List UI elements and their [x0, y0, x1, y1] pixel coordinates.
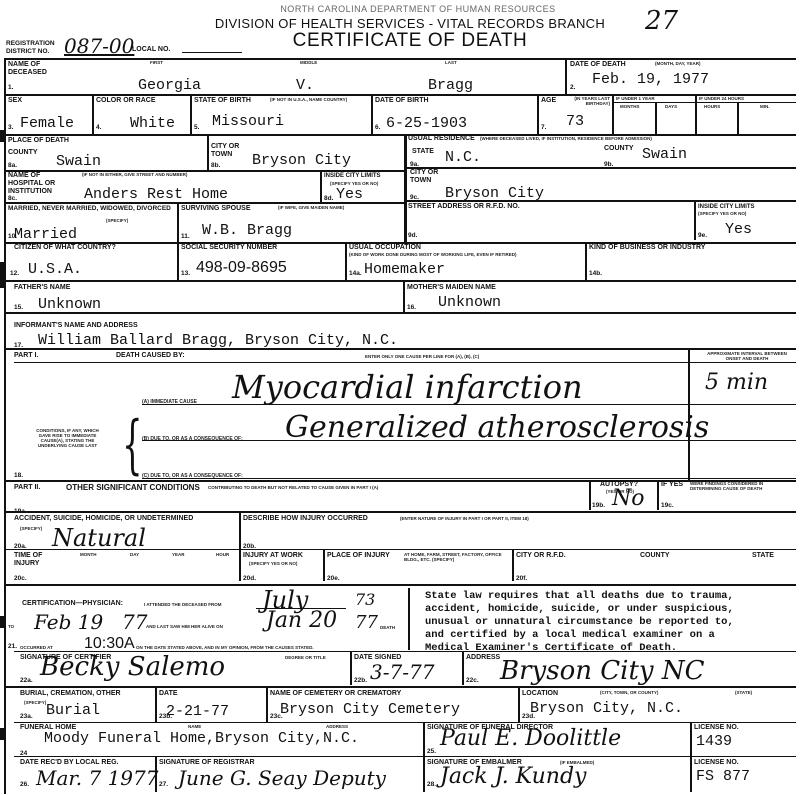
- first-label: FIRST: [150, 60, 163, 65]
- describe-injury-label: DESCRIBE HOW INJURY OCCURRED: [243, 515, 368, 523]
- death-city-field[interactable]: Bryson City: [252, 153, 351, 169]
- marital-label-line1: MARRIED, NEVER MARRIED, WIDOWED, DIVORCE…: [8, 205, 171, 213]
- race-field[interactable]: White: [130, 116, 175, 132]
- divider: [462, 651, 464, 685]
- autopsy-field[interactable]: No: [612, 486, 645, 511]
- to-label: TO: [8, 624, 14, 629]
- place-of-injury-sublabel: AT HOME, FARM, STREET, FACTORY, OFFICE B…: [404, 552, 512, 562]
- one-cause-instruction: ENTER ONLY ONE CAUSE PER LINE FOR (a), (…: [365, 354, 479, 359]
- form-border-left: [4, 58, 6, 794]
- divider: [589, 480, 591, 510]
- divider: [655, 103, 657, 134]
- item-number: 11.: [181, 233, 190, 240]
- divider: [155, 686, 157, 722]
- item-number: 28.: [427, 781, 436, 788]
- divider: [177, 242, 179, 280]
- item-number: 14a.: [349, 270, 362, 277]
- divider: [423, 722, 425, 792]
- funeral-home-address-label: ADDRESS: [326, 724, 348, 729]
- item-number: 14b.: [589, 270, 602, 277]
- street-label: STREET ADDRESS OR R.F.D. No.: [408, 203, 520, 211]
- hours-label: HOURS: [704, 104, 720, 109]
- occupation-sublabel: (KIND OF WORK DONE DURING MOST OF WORKIN…: [349, 252, 579, 257]
- state-of-birth-sublabel: (IF NOT IN U.S.A., NAME COUNTRY): [270, 97, 347, 102]
- item-number: 23a.: [20, 713, 33, 720]
- hospital-field[interactable]: Anders Rest Home: [84, 187, 228, 203]
- spouse-label: SURVIVING SPOUSE: [181, 205, 251, 213]
- res-state-field[interactable]: N.C.: [445, 150, 481, 166]
- res-city-label: CITY OR TOWN: [410, 169, 444, 185]
- hour-label: HOUR: [216, 552, 229, 557]
- item-number: 20f.: [516, 575, 527, 582]
- registration-district-value[interactable]: 087-00: [64, 34, 134, 58]
- certifier-address-label: ADDRESS: [466, 654, 500, 662]
- cemetery-field[interactable]: Bryson City Cemetery: [280, 702, 460, 718]
- conditions-note: CONDITIONS, IF ANY, WHICH GAVE RISE TO I…: [30, 428, 105, 448]
- embalmer-license-field[interactable]: FS 877: [696, 769, 750, 785]
- attended-to-date-field[interactable]: Feb 19: [34, 610, 103, 634]
- immediate-cause-field[interactable]: Myocardial infarction: [232, 368, 583, 406]
- item-number: 25.: [427, 748, 436, 755]
- rule: [14, 756, 796, 757]
- certifier-address-field[interactable]: Bryson City NC: [500, 656, 704, 686]
- divider: [403, 280, 405, 312]
- last-saw-date-field[interactable]: Jan 20: [266, 608, 337, 633]
- divider: [350, 651, 352, 685]
- rule: [4, 312, 796, 314]
- item-number: 8c.: [8, 195, 17, 202]
- item-number: 16.: [407, 304, 416, 311]
- death-caused-by-label: DEATH CAUSED BY:: [116, 352, 185, 360]
- divider: [190, 94, 192, 134]
- divider: [404, 134, 407, 242]
- rule: [4, 584, 796, 586]
- dob-field[interactable]: 6-25-1903: [386, 116, 467, 132]
- location-state-label: (STATE): [735, 690, 752, 695]
- divider: [92, 94, 94, 134]
- death-inside-city-field[interactable]: Yes: [336, 187, 363, 203]
- item-number: 21.: [8, 643, 17, 650]
- days-label: DAYS: [665, 104, 677, 109]
- location-label: LOCATION: [522, 690, 558, 698]
- rule: [4, 511, 796, 513]
- hospital-label: NAME OF HOSPITAL OR INSTITUTION: [8, 172, 66, 196]
- item-number: 8a.: [8, 162, 17, 169]
- res-inside-city-sublabel: (SPECIFY YES OR NO): [698, 211, 746, 216]
- residence-sublabel: (WHERE DECEASED LIVED, IF INSTITUTION, R…: [480, 136, 652, 141]
- embalmer-license-label: LICENSE NO.: [694, 759, 739, 767]
- location-sublabel: (CITY, TOWN, OR COUNTY): [600, 690, 658, 695]
- item-number: 22a.: [20, 677, 33, 684]
- marital-status-field[interactable]: Married: [14, 227, 77, 243]
- item-number: 20c.: [14, 575, 27, 582]
- rule: [4, 549, 796, 550]
- rule: [612, 102, 796, 103]
- informant-label: INFORMANT'S NAME AND ADDRESS: [14, 322, 138, 330]
- document-title: CERTIFICATE OF DEATH: [230, 30, 590, 52]
- medical-examiner-notice: State law requires that all deaths due t…: [425, 590, 734, 655]
- certifier-signature[interactable]: Becky Salemo: [40, 652, 225, 682]
- res-state-label: STATE: [412, 148, 434, 156]
- item-number: 20d.: [243, 575, 256, 582]
- rule: [142, 440, 796, 441]
- divider: [239, 511, 241, 581]
- months-label: MONTHS: [620, 104, 640, 109]
- occupation-label: USUAL OCCUPATION: [349, 244, 421, 252]
- time-of-death-field[interactable]: 10:30A: [84, 636, 135, 652]
- disposition-date-label: DATE: [159, 690, 178, 698]
- item-number: 1.: [8, 84, 13, 91]
- item-number: 26.: [20, 781, 29, 788]
- spouse-sublabel: (IF WIFE, GIVE MAIDEN NAME): [278, 205, 344, 210]
- embalmer-signature[interactable]: Jack J. Kundy: [440, 764, 586, 789]
- item-number: 8b.: [211, 162, 220, 169]
- binding-mark: [0, 616, 5, 628]
- occurred-at-text: OCCURRED AT: [20, 645, 53, 650]
- last-label: LAST: [445, 60, 457, 65]
- agency-line-2: DIVISION OF HEALTH SERVICES - VITAL RECO…: [210, 16, 610, 31]
- ssn-field[interactable]: 498-09-8695: [196, 260, 287, 276]
- manner-label: ACCIDENT, SUICIDE, HOMICIDE, OR UNDETERM…: [14, 515, 193, 523]
- divider: [345, 242, 347, 280]
- mother-field[interactable]: Unknown: [438, 295, 501, 311]
- disposition-field[interactable]: Burial: [46, 703, 100, 719]
- rule: [4, 202, 404, 204]
- middle-label: MIDDLE: [300, 60, 317, 65]
- rule: [406, 167, 796, 169]
- degree-label: DEGREE OR TITLE: [285, 655, 326, 660]
- date-of-death-label: DATE OF DEATH: [570, 61, 626, 69]
- item-number: 22b.: [354, 677, 367, 684]
- if-yes-sublabel: WERE FINDINGS CONSIDERED IN DETERMINING …: [690, 481, 795, 491]
- item-number: 2.: [570, 84, 575, 91]
- state-of-birth-label: STATE OF BIRTH: [194, 97, 251, 105]
- injury-at-work-sublabel: (SPECIFY YES OR NO): [249, 561, 297, 566]
- item-number: 20e.: [327, 575, 340, 582]
- divider: [537, 94, 539, 134]
- divider: [323, 549, 325, 581]
- rule: [406, 200, 796, 202]
- registration-district-label: REGISTRATION DISTRICT NO.: [6, 40, 62, 56]
- part1-label: PART I.: [14, 352, 38, 360]
- father-label: FATHER'S NAME: [14, 284, 70, 292]
- hospital-sublabel: (IF NOT IN EITHER, GIVE STREET AND NUMBE…: [82, 172, 187, 177]
- day-label: DAY: [130, 552, 139, 557]
- injury-state-label: STATE: [752, 552, 774, 560]
- divider: [177, 202, 179, 242]
- divider: [408, 588, 410, 650]
- rule: [4, 686, 796, 688]
- item-number: 18.: [14, 472, 23, 479]
- director-license-field[interactable]: 1439: [696, 734, 732, 750]
- last-saw-text: AND LAST SAW HIM HER ALIVE ON: [146, 624, 223, 629]
- interval-label: APPROXIMATE INTERVAL BETWEEN ONSET AND D…: [700, 351, 794, 361]
- mother-label: MOTHER'S MAIDEN NAME: [407, 284, 496, 292]
- disposition-sublabel: (SPECIFY): [24, 700, 46, 705]
- city-or-town-label: CITY OR TOWN: [211, 143, 241, 159]
- manner-sublabel: (SPECIFY): [20, 526, 42, 531]
- part2-title: OTHER SIGNIFICANT CONDITIONS: [66, 484, 200, 492]
- injury-county-label: COUNTY: [640, 552, 670, 560]
- place-of-death-label: PLACE OF DEATH: [8, 137, 69, 145]
- divider: [585, 242, 587, 280]
- describe-injury-sublabel: (ENTER NATURE OF INJURY IN PART I OR PAR…: [400, 516, 529, 521]
- age-label: AGE: [541, 97, 556, 105]
- under-24-hours-label: IF UNDER 24 HOURS: [699, 96, 744, 101]
- item-number: 6.: [375, 124, 380, 131]
- sex-label: SEX: [8, 97, 22, 105]
- divider: [512, 549, 514, 581]
- item-number: 9e.: [698, 232, 707, 239]
- under-1-year-label: IF UNDER 1 YEAR: [616, 96, 655, 101]
- citizen-label: CITIZEN OF WHAT COUNTRY?: [14, 244, 116, 252]
- occupation-field[interactable]: Homemaker: [364, 262, 445, 278]
- funeral-director-signature[interactable]: Paul E. Doolittle: [440, 726, 621, 751]
- item-number: 9d.: [408, 232, 417, 239]
- agency-line-1: NORTH CAROLINA DEPARTMENT OF HUMAN RESOU…: [258, 4, 578, 14]
- rule: [4, 94, 796, 96]
- divider: [266, 686, 268, 722]
- item-number: 3.: [8, 124, 13, 131]
- rule: [142, 478, 796, 479]
- funeral-home-name-label: NAME: [188, 724, 201, 729]
- min-label: MIN.: [760, 104, 770, 109]
- binding-mark: [0, 728, 5, 740]
- rule: [4, 134, 796, 136]
- injury-at-work-label: INJURY AT WORK: [243, 552, 303, 560]
- age-sublabel: (IN YEARS LAST BIRTHDAY): [560, 96, 610, 106]
- item-number: 5.: [194, 124, 199, 131]
- part2-label: PART II.: [14, 484, 40, 492]
- rule: [4, 280, 796, 282]
- year-label: YEAR: [172, 552, 185, 557]
- item-number: 13.: [181, 270, 190, 277]
- first-name-field[interactable]: Georgia: [138, 78, 201, 94]
- item-number: 8d.: [324, 195, 333, 202]
- divider: [320, 170, 322, 202]
- divider: [694, 200, 696, 240]
- date-of-death-sublabel: (MONTH, DAY, YEAR): [655, 61, 701, 66]
- item-number: 12.: [10, 270, 19, 277]
- marital-sublabel: (SPECIFY): [106, 218, 128, 223]
- rule: [142, 404, 796, 405]
- page-number-handwritten: 27: [645, 6, 678, 36]
- attended-from-year-field[interactable]: 73: [355, 590, 375, 609]
- citizen-field[interactable]: U.S.A.: [28, 262, 82, 278]
- spouse-field[interactable]: W.B. Bragg: [202, 223, 292, 239]
- if-yes-label: IF YES: [661, 481, 683, 489]
- inside-city-limits-label: INSIDE CITY LIMITS: [324, 172, 381, 180]
- divider: [690, 722, 692, 792]
- state-of-birth-field[interactable]: Missouri: [212, 114, 284, 130]
- item-number: 19c.: [661, 502, 674, 509]
- divider: [657, 480, 659, 510]
- divider: [565, 58, 567, 94]
- registrar-signature[interactable]: June G. Seay Deputy: [178, 766, 386, 790]
- local-no-label: LOCAL NO.: [132, 46, 170, 54]
- county-label: COUNTY: [8, 149, 38, 157]
- item-number: 19b.: [592, 502, 605, 509]
- director-license-label: LICENSE NO.: [694, 724, 739, 732]
- date-of-death-field[interactable]: Feb. 19, 1977: [592, 72, 709, 88]
- divider: [695, 94, 697, 134]
- divider: [518, 686, 520, 722]
- date-received-field[interactable]: Mar. 7 1977: [36, 766, 158, 790]
- cemetery-label: NAME OF CEMETERY OR CREMATORY: [270, 690, 401, 698]
- rule: [4, 58, 796, 60]
- rule: [14, 362, 796, 363]
- opinion-text: ON THE DATE STATED ABOVE, AND IN MY OPIN…: [136, 645, 314, 650]
- injury-city-label: CITY OR R.F.D.: [516, 552, 566, 560]
- interval-a-field[interactable]: 5 min: [705, 370, 768, 395]
- local-no-line: [182, 52, 242, 53]
- certification-label: CERTIFICATION—PHYSICIAN:: [22, 600, 123, 608]
- binding-mark: [0, 130, 5, 142]
- residence-label: USUAL RESIDENCE: [408, 135, 475, 143]
- name-label: NAME OF DECEASED: [8, 61, 58, 77]
- divider: [207, 134, 209, 170]
- location-field[interactable]: Bryson City, N.C.: [530, 701, 683, 717]
- res-inside-city-label: INSIDE CITY LIMITS: [698, 203, 755, 211]
- part2-sublabel: CONTRIBUTING TO DEATH BUT NOT RELATED TO…: [208, 485, 378, 490]
- disposition-label: BURIAL, CREMATION, OTHER: [20, 690, 121, 698]
- disposition-date-field[interactable]: 2-21-77: [166, 704, 229, 720]
- attended-from-text: I ATTENDED THE DECEASED FROM: [144, 602, 222, 607]
- item-number: 27.: [159, 781, 168, 788]
- time-of-injury-label: TIME OF INJURY: [14, 552, 54, 568]
- middle-name-field[interactable]: V.: [296, 78, 314, 94]
- father-field[interactable]: Unknown: [38, 297, 101, 313]
- last-saw-year-field[interactable]: 77: [355, 612, 378, 633]
- race-label: COLOR OR RACE: [96, 97, 156, 105]
- rule: [4, 348, 796, 350]
- attended-to-year-field[interactable]: 77: [122, 610, 147, 634]
- date-signed-field[interactable]: 3-7-77: [370, 660, 434, 684]
- place-of-injury-label: PLACE OF INJURY: [327, 552, 390, 560]
- month-label: MONTH: [80, 552, 97, 557]
- business-label: KIND OF BUSINESS OR INDUSTRY: [589, 244, 705, 252]
- funeral-home-field[interactable]: Moody Funeral Home,Bryson City,N.C.: [44, 731, 359, 747]
- brace-icon: {: [122, 408, 142, 482]
- item-number: 22c.: [466, 677, 479, 684]
- last-name-field[interactable]: Bragg: [428, 78, 473, 94]
- informant-field[interactable]: William Ballard Bragg, Bryson City, N.C.: [38, 333, 398, 349]
- divider: [371, 94, 373, 134]
- manner-field[interactable]: Natural: [52, 524, 146, 552]
- res-county-field[interactable]: Swain: [642, 147, 687, 163]
- divider: [737, 103, 739, 134]
- ssn-label: SOCIAL SECURITY NUMBER: [181, 244, 277, 252]
- divider: [612, 94, 614, 134]
- item-number: 7.: [541, 124, 546, 131]
- sex-field[interactable]: Female: [20, 116, 74, 132]
- binding-mark: [0, 262, 5, 288]
- death-county-field[interactable]: Swain: [56, 154, 101, 170]
- dob-label: DATE OF BIRTH: [375, 97, 429, 105]
- res-inside-city-field[interactable]: Yes: [725, 222, 752, 238]
- age-field[interactable]: 73: [566, 114, 584, 130]
- res-county-label: COUNTY: [604, 145, 634, 153]
- death-text: DEATH: [380, 625, 395, 630]
- rule: [14, 722, 796, 723]
- item-number: 15.: [14, 304, 23, 311]
- item-number: 4.: [96, 124, 101, 131]
